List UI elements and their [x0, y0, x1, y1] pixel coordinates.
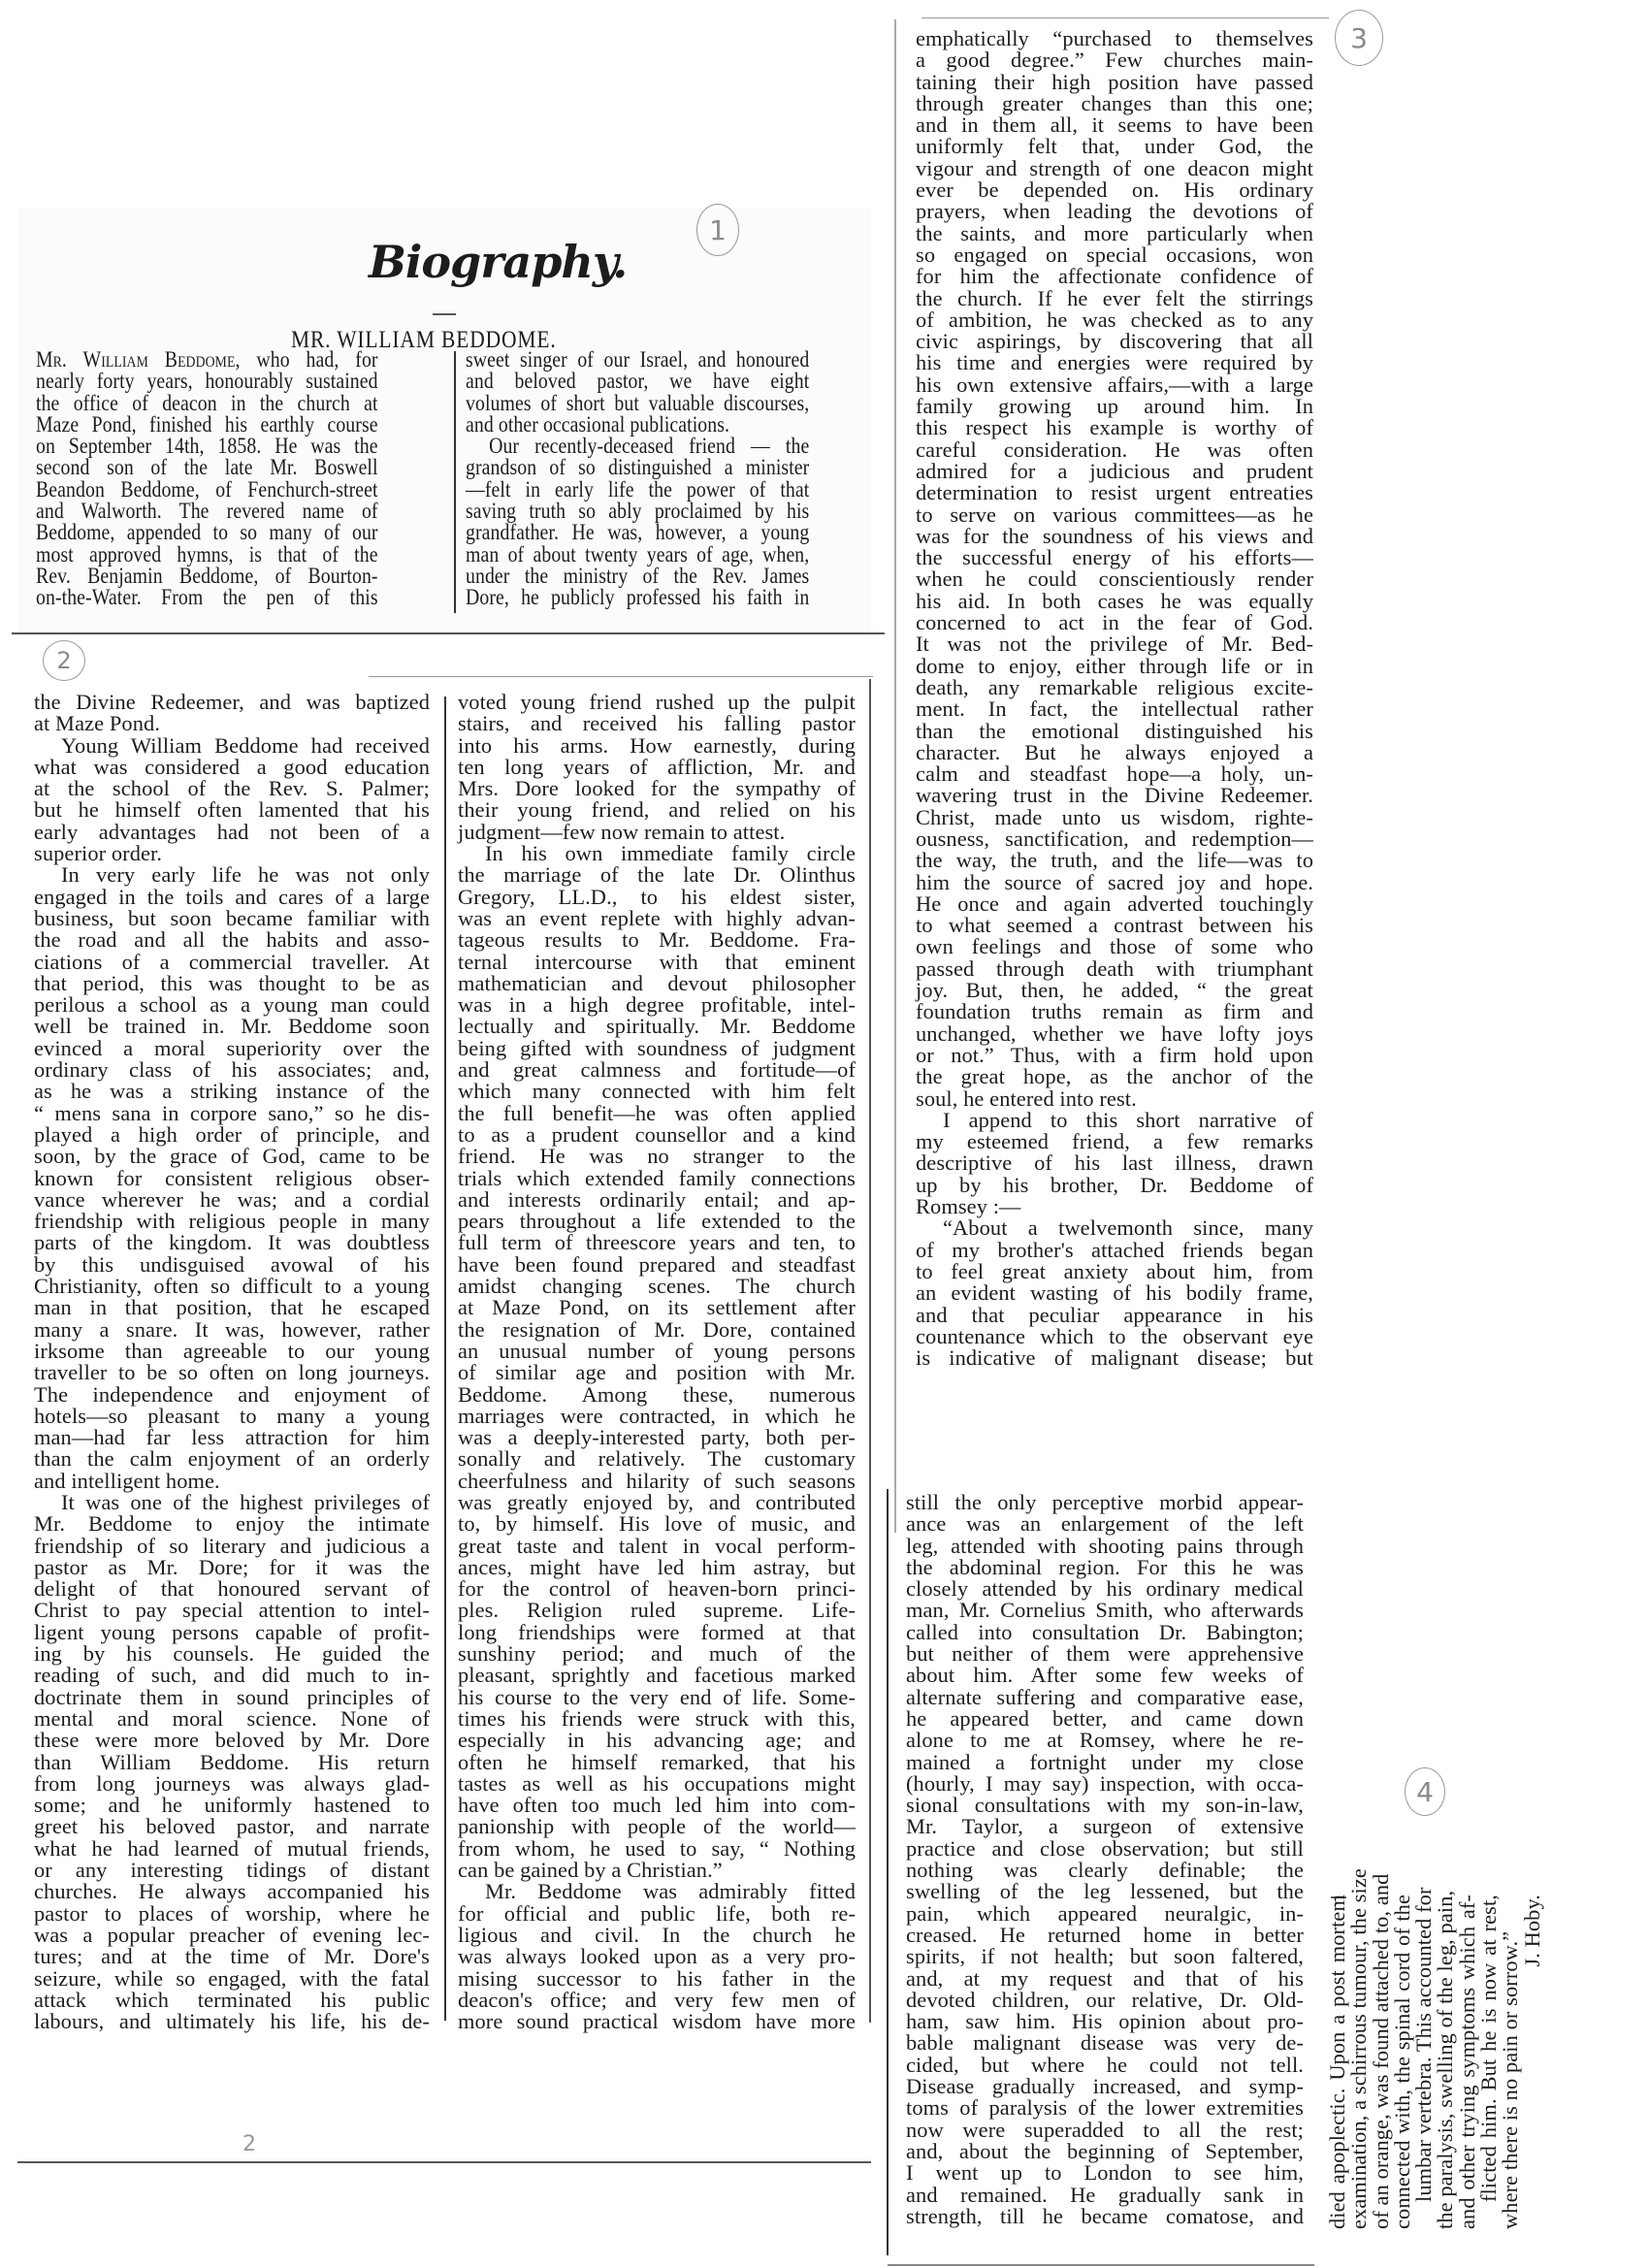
text-line: toms of paralysis of the lower extremiti… [906, 2097, 1304, 2119]
clipping-2-bottom-edge [17, 2161, 871, 2163]
text-line: at Maze Pond, on its settlement after [458, 1297, 856, 1318]
text-line: of ambition, he was checked as to any [916, 309, 1313, 331]
text-line: of my brother's attached friends began [916, 1240, 1313, 1261]
text-line: the great hope, as the anchor of the [916, 1066, 1313, 1087]
column-divider [454, 351, 456, 613]
text-line: tageous results to Mr. Beddome. Fra- [458, 929, 856, 951]
text-line: sional consultations with my son-in-law, [906, 1795, 1304, 1816]
text-line: than the calm enjoyment of an orderly [34, 1448, 430, 1470]
text-line: soul, he entered into rest. [916, 1088, 1313, 1110]
text-line: the marriage of the late Dr. Olinthus [458, 864, 856, 886]
text-line: strength, till he became comatose, and [906, 2206, 1304, 2227]
text-line: lumbar vertebra. This accounted for [1413, 1895, 1435, 2229]
text-line: his aid. In both cases he was equally [916, 591, 1313, 612]
text-line: Mr. William Beddome, who had, for [36, 349, 378, 371]
text-line: Mr. Beddome to enjoy the intimate [34, 1513, 430, 1535]
text-line: deacon's office; and very few men of [458, 1990, 856, 2011]
text-line: own feelings and those of some who [916, 936, 1313, 957]
text-line: ordinary class of his associates; and, [34, 1059, 430, 1081]
text-line: still the only perceptive morbid appear- [906, 1492, 1304, 1513]
clipping-2-column-left: the Divine Redeemer, and was baptizedat … [34, 692, 430, 2032]
text-line: devoted children, our relative, Dr. Old- [906, 1990, 1304, 2011]
text-line: and interests ordinarily entail; and ap- [458, 1189, 856, 1211]
clipping-2-column-right: voted young friend rushed up the pulpits… [458, 692, 856, 2032]
text-line: was for the soundness of his views and [916, 526, 1313, 547]
text-line: vance wherever he was; and a cordial [34, 1189, 430, 1211]
text-line: Our recently-deceased friend — the [466, 436, 809, 457]
text-line: pleasant, sprightly and facetious marked [458, 1665, 856, 1686]
text-line: died apoplectic. Upon a post mortem [1327, 1895, 1348, 2229]
text-line: Beddome. Among these, numerous [458, 1384, 856, 1406]
text-line: examination, a schirrous tumour, the siz… [1348, 1895, 1370, 2229]
page-marker-3: 3 [1335, 10, 1383, 66]
text-line: careful consideration. He was often [916, 439, 1313, 461]
text-line: alone to me at Romsey, where he re- [906, 1730, 1304, 1751]
text-line: the church. If he ever felt the stirring… [916, 288, 1313, 309]
text-line: Dore, he publicly professed his faith in [466, 587, 809, 608]
clipping-1-column-left: Mr. William Beddome, who had, for nearly… [36, 349, 378, 609]
page-marker-2: 2 [43, 640, 85, 681]
text-line: trials which extended family connections [458, 1168, 856, 1189]
text-line: ance was an enlargement of the left [906, 1513, 1304, 1535]
column-divider [444, 697, 446, 2021]
text-line: under the ministry of the Rev. James [466, 566, 809, 587]
text-line: parts of the kingdom. It was doubtless [34, 1232, 430, 1253]
text-line: but he himself often lamented that his [34, 799, 430, 821]
text-line: I append to this short narrative of [916, 1110, 1313, 1131]
text-line: admired for a judicious and prudent [916, 461, 1313, 482]
text-line: family growing up around him. In [916, 396, 1313, 417]
text-line: he appeared better, and came down [906, 1708, 1304, 1730]
text-line: unchanged, whether we have lofty joys [916, 1023, 1313, 1045]
text-line: about him. After some few weeks of [906, 1665, 1304, 1686]
text-line: It was one of the highest privileges of [34, 1492, 430, 1513]
text-line: the resignation of Mr. Dore, contained [458, 1319, 856, 1341]
text-line: He once and again adverted touchingly [916, 893, 1313, 915]
text-line: often he himself remarked, that his [458, 1752, 856, 1773]
text-line: man—had far less attraction for him [34, 1427, 430, 1448]
clipping-2-right-edge [869, 679, 871, 2023]
text-line: labours, and ultimately his life, his de… [34, 2011, 430, 2032]
text-line: churches. He always accompanied his [34, 1881, 430, 1902]
text-line: ment. In fact, the intellectual rather [916, 698, 1313, 720]
text-line: for official and public life, both re- [458, 1903, 856, 1925]
text-line: sweet singer of our Israel, and honoured [466, 349, 809, 371]
text-line: ten long years of affliction, Mr. and [458, 757, 856, 778]
text-line: Mr. Beddome was admirably fitted [458, 1881, 856, 1902]
text-line: determination to resist urgent entreatie… [916, 482, 1313, 503]
text-line: panionship with people of the world— [458, 1816, 856, 1837]
text-line: than the emotional distinguished his [916, 721, 1313, 742]
text-line: Gregory, LL.D., to his eldest sister, [458, 887, 856, 908]
text-line: at Maze Pond. [34, 713, 430, 734]
text-line: known for consistent religious obser- [34, 1168, 430, 1189]
text-line: delight of that honoured servant of [34, 1578, 430, 1600]
text-line: and other trying symptoms which af- [1457, 1895, 1478, 2229]
text-line: pears throughout a life extended to the [458, 1211, 856, 1232]
text-line: bable malignant disease was very de- [906, 2032, 1304, 2054]
text-line: joy. But, then, he added, “ the great [916, 980, 1313, 1001]
text-line: to serve on various committees—as he [916, 504, 1313, 526]
text-line: man, Mr. Cornelius Smith, who afterwards [906, 1600, 1304, 1621]
text-line: and beloved pastor, we have eight [466, 371, 809, 392]
text-line: most approved hymns, is that of the [36, 544, 378, 566]
text-line: taining their high position have passed [916, 72, 1313, 93]
text-line: attack which terminated his public [34, 1990, 430, 2011]
text-line: friend. He was no stranger to the [458, 1146, 856, 1167]
text-line: some; and he uniformly hastened to [34, 1795, 430, 1816]
text-line: the full benefit—he was often applied [458, 1103, 856, 1124]
text-line: by this undisguised avowal of his [34, 1254, 430, 1276]
text-line: connected with, the spinal cord of the [1392, 1895, 1413, 2229]
text-line: “ mens sana in corpore sano,” so he dis- [34, 1103, 430, 1124]
text-line: was a popular preacher of evening lec- [34, 1925, 430, 1946]
text-line: Romsey :— [916, 1196, 1313, 1217]
section-title: Biography. [369, 236, 627, 288]
text-line: Christ, made unto us wisdom, righte- [916, 807, 1313, 828]
text-line: the abdominal region. For this he was [906, 1557, 1304, 1578]
text-line: Young William Beddome had received [34, 735, 430, 757]
text-line: the successful energy of his efforts— [916, 547, 1313, 568]
text-line: man in that position, that he escaped [34, 1297, 430, 1318]
text-line: countenance which to the observant eye [916, 1326, 1313, 1347]
text-line: his own extensive affairs,—with a large [916, 374, 1313, 396]
text-line: reading of such, and did much to in- [34, 1665, 430, 1686]
text-line: and other occasional publications. [466, 414, 809, 436]
text-line: grandfather. He was, however, a young [466, 522, 809, 543]
text-line: It was not the privilege of Mr. Bed- [916, 633, 1313, 655]
text-line: the paralysis, swelling of the leg, pain… [1435, 1895, 1456, 2229]
text-line: descriptive of his last illness, drawn [916, 1152, 1313, 1174]
text-line: where there is no pain or sorrow.” [1500, 1895, 1521, 2229]
text-line: but neither of them were apprehensive [906, 1643, 1304, 1665]
text-line: the road and all the habits and asso- [34, 929, 430, 951]
text-line: ever be depended on. His ordinary [916, 179, 1313, 201]
text-line: from long journeys was always glad- [34, 1773, 430, 1795]
text-line: seizure, while so engaged, with the fata… [34, 1968, 430, 1990]
text-line: mained a fortnight under my close [906, 1752, 1304, 1773]
text-line: doctrinate them in sound principles of [34, 1687, 430, 1708]
text-line: being gifted with soundness of judgment [458, 1038, 856, 1059]
text-line: and in them all, it seems to have been [916, 114, 1313, 136]
text-line: more sound practical wisdom have more [458, 2011, 856, 2032]
text-line: tastes as well as his occupations might [458, 1773, 856, 1795]
text-line: was an event replete with highly advan- [458, 908, 856, 929]
text-line: of an orange, was found attached to, and [1371, 1895, 1392, 2229]
text-line: the Divine Redeemer, and was baptized [34, 692, 430, 713]
text-line: early advantages had not been of a [34, 822, 430, 843]
text-line: the way, the truth, and the life—was to [916, 850, 1313, 871]
text-line: leg, attended with shooting pains throug… [906, 1536, 1304, 1557]
text-line: ligious and civil. In the church he [458, 1925, 856, 1946]
text-line: into his arms. How earnestly, during [458, 735, 856, 757]
text-line: voted young friend rushed up the pulpit [458, 692, 856, 713]
text-line: ternal intercourse with that eminent [458, 952, 856, 973]
text-line: Mr. Taylor, a surgeon of extensive [906, 1816, 1304, 1837]
text-line: pastor as Mr. Dore; for it was the [34, 1557, 430, 1578]
page-marker-4: 4 [1405, 1767, 1445, 1816]
text-line: (hourly, I may say) inspection, with occ… [906, 1773, 1304, 1795]
text-line: nearly forty years, honourably sustained [36, 371, 378, 392]
text-line: and Walworth. The revered name of [36, 501, 378, 522]
text-line: or not.” Thus, with a firm hold upon [916, 1045, 1313, 1066]
text-line: closely attended by his ordinary medical [906, 1578, 1304, 1600]
text-line: swelling of the leg lessened, but the [906, 1881, 1304, 1902]
clipping-2-top-edge [369, 676, 873, 677]
text-line: him the source of sacred joy and hope. [916, 872, 1313, 893]
text-line: ing by his counsels. He guided the [34, 1643, 430, 1665]
text-line: times his friends were struck with this, [458, 1708, 856, 1730]
text-line: business, but soon became familiar with [34, 908, 430, 929]
text-line: practice and close observation; but stil… [906, 1838, 1304, 1860]
text-line: and remained. He gradually sank in [906, 2185, 1304, 2206]
text-line: well be trained in. Mr. Beddome soon [34, 1016, 430, 1037]
text-line: his time and energies were required by [916, 352, 1313, 373]
text-line: and that peculiar appearance in his [916, 1305, 1313, 1326]
text-line: stairs, and received his falling pastor [458, 713, 856, 734]
text-line: tures; and at the time of Mr. Dore's [34, 1946, 430, 1967]
text-line: —felt in early life the power of that [466, 479, 809, 501]
text-line: ousness, sanctification, and redemption— [916, 828, 1313, 850]
text-line: traveller to be so often on long journey… [34, 1362, 430, 1383]
text-line: to feel great anxiety about him, from [916, 1261, 1313, 1282]
text-line: hotels—so pleasant to many a young [34, 1406, 430, 1427]
text-line: cheerfulness and hilarity of such season… [458, 1471, 856, 1492]
text-line: what he had learned of mutual friends, [34, 1838, 430, 1860]
text-line: his course to the very end of life. Some… [458, 1687, 856, 1708]
text-line: character. But he always enjoyed a [916, 742, 1313, 763]
text-line: calm and steadfast hope—a holy, un- [916, 763, 1313, 785]
text-line: long friendships were formed at that [458, 1622, 856, 1643]
text-line: marriages were contracted, in which he [458, 1406, 856, 1427]
clipping-4-left-edge [887, 1489, 889, 2255]
text-line: was a deeply-interested party, both per- [458, 1427, 856, 1448]
text-line: the office of deacon in the church at [36, 393, 378, 414]
text-line: foundation truths remain as firm and [916, 1001, 1313, 1022]
text-line: mathematician and devout philosopher [458, 973, 856, 994]
text-line: was greatly enjoyed by, and contributed [458, 1492, 856, 1513]
text-line: saving truth so ably proclaimed by his [466, 501, 809, 522]
text-line: vigour and strength of one deacon might [916, 158, 1313, 179]
text-line: now were superadded to all the rest; [906, 2120, 1304, 2141]
text-line: can be gained by a Christian.” [458, 1860, 856, 1881]
text-line: pain, which appeared neuralgic, in- [906, 1903, 1304, 1925]
text-line: nothing was clearly definable; the [906, 1860, 1304, 1881]
text-line: and great calmness and fortitude—of [458, 1059, 856, 1081]
text-line: my esteemed friend, a few remarks [916, 1131, 1313, 1152]
text-line: ances, might have led him astray, but [458, 1557, 856, 1578]
text-line: uniformly felt that, under God, the [916, 136, 1313, 157]
text-line: amidst changing scenes. The church [458, 1276, 856, 1297]
text-line: which many connected with him felt [458, 1081, 856, 1102]
text-line: Rev. Benjamin Beddome, of Bourton- [36, 566, 378, 587]
text-line: full term of threescore years and ten, t… [458, 1232, 856, 1253]
clipping-1-column-right: sweet singer of our Israel, and honoured… [466, 349, 809, 609]
text-line: and, at my request and that of his [906, 1968, 1304, 1990]
text-line: irksome than agreeable to our young [34, 1341, 430, 1362]
text-line: evinced a moral superiority over the [34, 1038, 430, 1059]
text-line: alternate suffering and comparative ease… [906, 1687, 1304, 1708]
text-line: man of about twenty years of age, when, [466, 544, 809, 566]
text-line: for the control of heaven-born princi- [458, 1578, 856, 1600]
text-line: and, about the beginning of September, [906, 2141, 1304, 2162]
text-line: to, by himself. His love of music, and [458, 1513, 856, 1535]
text-line: soon, by the grace of God, came to be [34, 1146, 430, 1167]
text-line: of similar age and position with Mr. [458, 1362, 856, 1383]
text-line: ham, saw him. His opinion about pro- [906, 2011, 1304, 2032]
text-line: flicted him. But he is now at rest, [1478, 1895, 1500, 2229]
text-line: at the school of the Rev. S. Palmer; [34, 778, 430, 799]
text-line: In very early life he was not only [34, 864, 430, 886]
text-line: second son of the late Mr. Boswell [36, 457, 378, 478]
text-line: superior order. [34, 843, 430, 864]
text-line: engaged in the toils and cares of a larg… [34, 887, 430, 908]
text-line: dome to enjoy, either through life or in [916, 656, 1313, 677]
text-line: this respect his example is worthy of [916, 417, 1313, 438]
text-line: friendship of so literary and judicious … [34, 1536, 430, 1557]
text-line: mising successor to his father in the [458, 1968, 856, 1990]
text-line: on September 14th, 1858. He was the [36, 436, 378, 457]
text-line: played a high order of principle, and [34, 1124, 430, 1146]
text-line: was always looked upon as a very pro- [458, 1946, 856, 1967]
clipping-4-column: still the only perceptive morbid appear-… [906, 1492, 1304, 2227]
title-divider [433, 313, 456, 315]
text-line: what was considered a good education [34, 757, 430, 778]
text-line: emphatically “purchased to themselves [916, 28, 1313, 49]
author-signature: J. Hoby. [1522, 1895, 1543, 2229]
text-line: Beandon Beddome, of Fenchurch-street [36, 479, 378, 501]
text-line: as he was a striking instance of the [34, 1081, 430, 1102]
text-line: spirits, if not health; but soon faltere… [906, 1946, 1304, 1967]
text-line: judgment—few now remain to attest. [458, 822, 856, 843]
text-line: was in a high degree profitable, intel- [458, 994, 856, 1016]
text-line: cided, but where he could not tell. [906, 2055, 1304, 2076]
text-line: civic aspirings, by discovering that all [916, 331, 1313, 352]
text-line: creased. He returned home in better [906, 1925, 1304, 1946]
clipping-3-left-edge [894, 19, 896, 1533]
text-line: passed through death with triumphant [916, 958, 1313, 980]
text-line: a good degree.” Few churches main- [916, 49, 1313, 71]
text-line: In his own immediate family circle [458, 843, 856, 864]
text-line: grandson of so distinguished a minister [466, 457, 809, 478]
text-line: their young friend, and relied on his [458, 799, 856, 821]
text-line: called into consultation Dr. Babington; [906, 1622, 1304, 1643]
text-line: and intelligent home. [34, 1471, 430, 1492]
text-line: sonally and relatively. The customary [458, 1448, 856, 1470]
text-line: these were more beloved by Mr. Dore [34, 1730, 430, 1751]
text-line: concerned to act in the fear of God. [916, 612, 1313, 633]
text-line: Mrs. Dore looked for the sympathy of [458, 778, 856, 799]
text-line: pastor to places of worship, where he [34, 1903, 430, 1925]
text-line: friendship with religious people in many [34, 1211, 430, 1232]
text-line: The independence and enjoyment of [34, 1384, 430, 1406]
text-line: than William Beddome. His return [34, 1752, 430, 1773]
clipping-3-top-edge [921, 17, 1329, 18]
text-line: up by his brother, Dr. Beddome of [916, 1175, 1313, 1196]
text-line: on-the-Water. From the pen of this [36, 587, 378, 608]
text-line: volumes of short but valuable discourses… [466, 393, 809, 414]
text-line: that period, this was thought to be as [34, 973, 430, 994]
text-line: to as a prudent counsellor and a kind [458, 1124, 856, 1146]
text-line: Disease gradually increased, and symp- [906, 2076, 1304, 2097]
text-line: perilous a school as a young man could [34, 994, 430, 1016]
text-line: Christ to pay special attention to intel… [34, 1600, 430, 1621]
text-line: to what seemed a contrast between his [916, 915, 1313, 936]
text-line: sunshiny period; and much of the [458, 1643, 856, 1665]
text-line: have often too much led him into com- [458, 1795, 856, 1816]
text-line: mental and moral science. None of [34, 1708, 430, 1730]
text-line: great taste and talent in vocal perform- [458, 1536, 856, 1557]
text-line: through greater changes than this one; [916, 93, 1313, 114]
text-line: wavering trust in the Divine Redeemer. [916, 785, 1313, 806]
text-line: the saints, and more particularly when [916, 223, 1313, 244]
page-marker-1: 1 [696, 204, 739, 256]
clipping-3-column: emphatically “purchased to themselvesa g… [916, 28, 1313, 1369]
text-line: greet his beloved pastor, and narrate [34, 1816, 430, 1837]
clipping-4-bottom-edge [888, 2264, 1314, 2266]
footer-page-marker: 2 [242, 2132, 256, 2156]
text-line: from whom, he used to say, “ Nothing [458, 1838, 856, 1860]
clipping-4-rotated-column: died apoplectic. Upon a post mortemexami… [1327, 1895, 1543, 2229]
text-line: “About a twelvemonth since, many [916, 1217, 1313, 1239]
text-line: Beddome, appended to so many of our [36, 522, 378, 543]
text-line: when he could conscientiously render [916, 568, 1313, 590]
text-line: for him the affectionate confidence of [916, 266, 1313, 287]
clipping-1-bottom-edge [12, 632, 885, 634]
text-line: or any interesting tidings of distant [34, 1860, 430, 1881]
text-line: death, any remarkable religious excite- [916, 677, 1313, 698]
text-line: ciations of a commercial traveller. At [34, 952, 430, 973]
text-line: I went up to London to see him, [906, 2162, 1304, 2184]
text-line: Maze Pond, finished his earthly course [36, 414, 378, 436]
text-line: an evident wasting of his bodily frame, [916, 1282, 1313, 1304]
text-line: lectually and spiritually. Mr. Beddome [458, 1016, 856, 1037]
text-line: is indicative of malignant disease; but [916, 1347, 1313, 1369]
text-line: many a snare. It was, however, rather [34, 1319, 430, 1341]
text-line: so engaged on special occasions, won [916, 244, 1313, 266]
text-line: ples. Religion ruled supreme. Life- [458, 1600, 856, 1621]
text-line: have been found prepared and steadfast [458, 1254, 856, 1276]
text-line: Christianity, often so difficult to a yo… [34, 1276, 430, 1297]
text-line: an unusual number of young persons [458, 1341, 856, 1362]
text-line: ligent young persons capable of profit- [34, 1622, 430, 1643]
text-line: prayers, when leading the devotions of [916, 201, 1313, 222]
text-line: especially in his advancing age; and [458, 1730, 856, 1751]
